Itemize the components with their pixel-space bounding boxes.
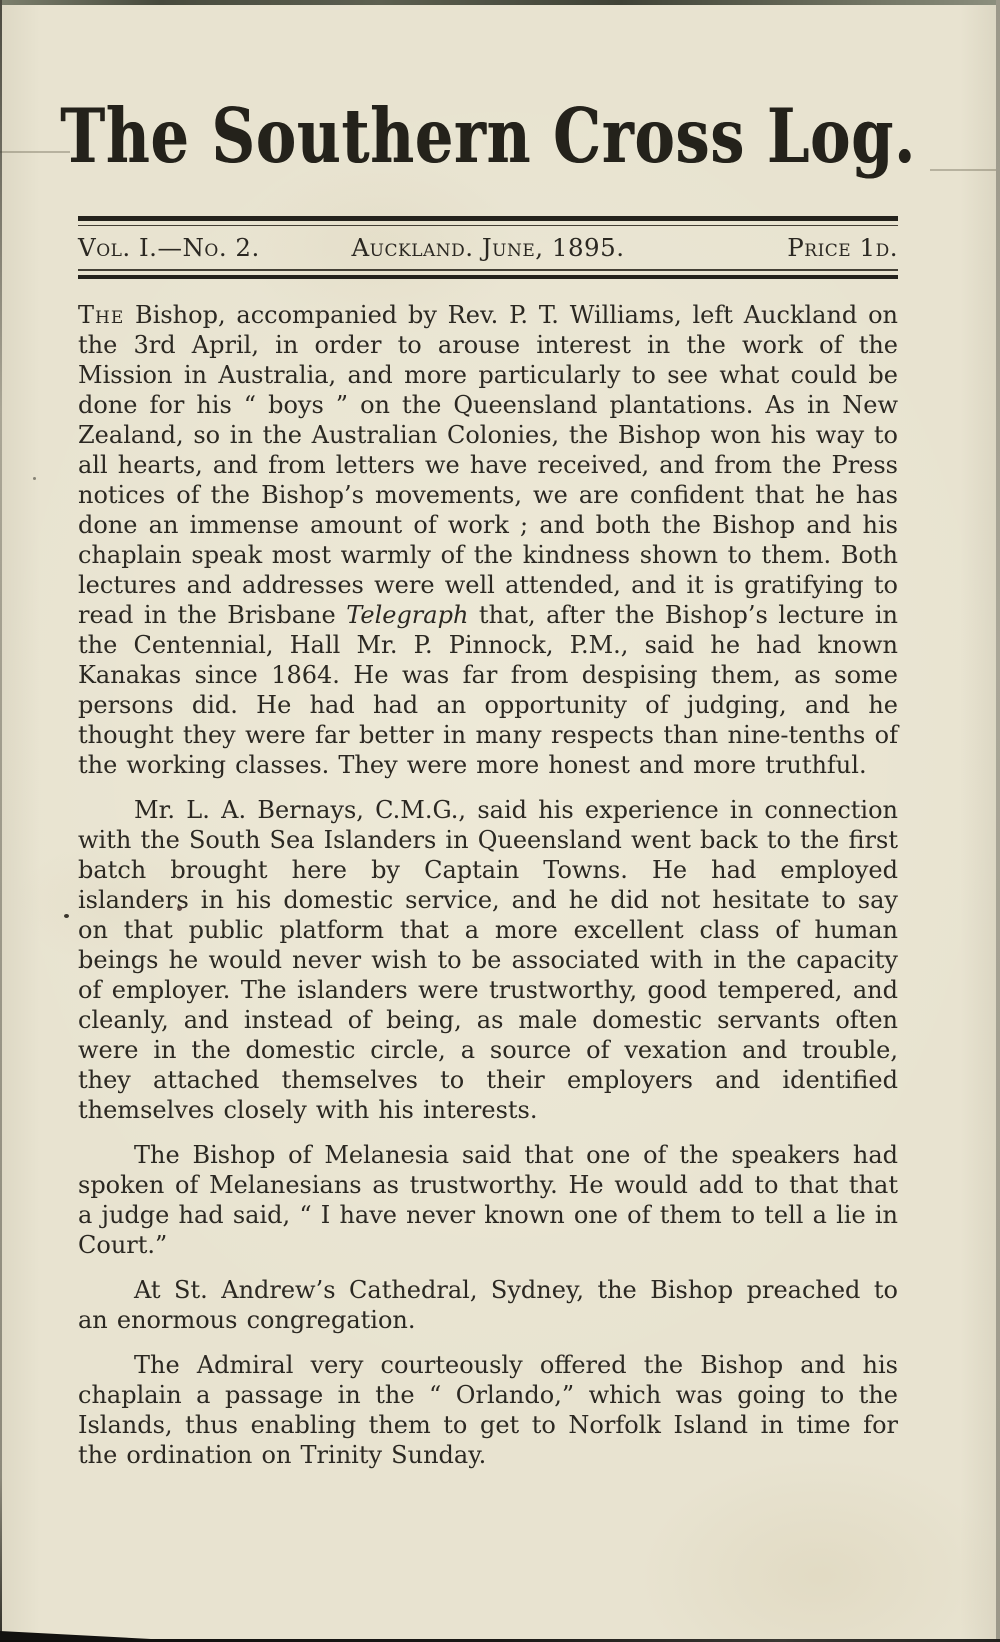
- rule-thin: [78, 225, 898, 227]
- scan-edge-corner-wedge: [0, 1631, 170, 1640]
- text-run: Mr. L. A. Bernays, C.M.G., said his expe…: [78, 796, 898, 1124]
- text-run: Bishop, accompanied by Rev. P. T. Willia…: [78, 301, 898, 629]
- text-run: At St. Andrew’s Cathedral, Sydney, the B…: [78, 1276, 898, 1334]
- text-run: Telegraph: [346, 601, 468, 629]
- masthead-rule-bottom: [78, 269, 898, 279]
- ink-speck: [64, 914, 69, 918]
- text-run: The Bishop of Melanesia said that one of…: [78, 1141, 898, 1259]
- paragraph: At St. Andrew’s Cathedral, Sydney, the B…: [78, 1275, 898, 1335]
- masthead-title: The Southern Cross Log.: [78, 88, 898, 186]
- text-run: The: [78, 301, 124, 329]
- page-content: The Southern Cross Log. Vol. I.—No. 2. A…: [78, 88, 898, 1470]
- scan-edge-right: [996, 0, 1000, 1642]
- scan-edge-left: [0, 0, 2, 1642]
- rule-thin: [78, 269, 898, 271]
- masthead-rule-top: [78, 216, 898, 226]
- scan-edge-top: [0, 0, 1000, 5]
- paragraph: Mr. L. A. Bernays, C.M.G., said his expe…: [78, 795, 898, 1125]
- ink-speck: [177, 906, 182, 911]
- paragraph: The Bishop, accompanied by Rev. P. T. Wi…: [78, 300, 898, 780]
- rule-thick: [78, 275, 898, 280]
- bleed-through-line: [930, 169, 996, 171]
- paragraph: The Bishop of Melanesia said that one of…: [78, 1140, 898, 1260]
- scanned-page: The Southern Cross Log. Vol. I.—No. 2. A…: [0, 0, 1000, 1642]
- issue-place-date: Auckland. June, 1895.: [78, 233, 898, 263]
- rule-thick: [78, 216, 898, 221]
- paragraph: The Admiral very courteously offered the…: [78, 1350, 898, 1470]
- article-body: The Bishop, accompanied by Rev. P. T. Wi…: [78, 300, 898, 1470]
- issue-line: Vol. I.—No. 2. Auckland. June, 1895. Pri…: [78, 233, 898, 263]
- ink-speck: [33, 477, 36, 480]
- text-run: The Admiral very courteously offered the…: [78, 1351, 898, 1469]
